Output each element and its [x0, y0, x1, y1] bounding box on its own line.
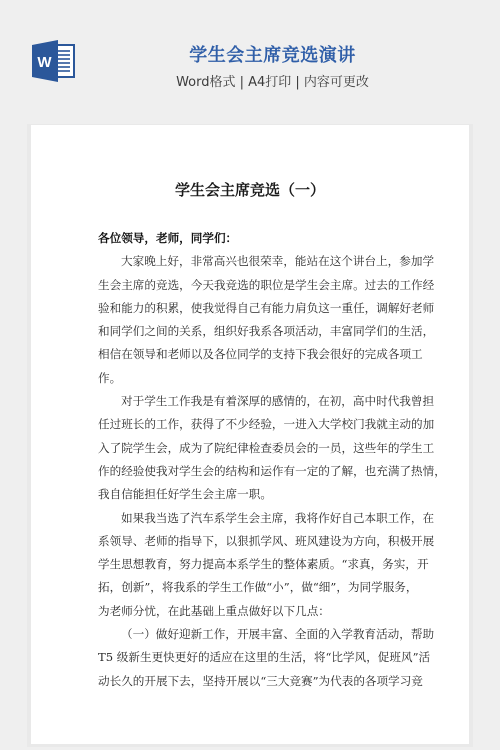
header-banner: W 学生会主席竞选演讲 Word格式 | A4打印 | 内容可更改 [0, 0, 500, 118]
paragraph-line: T5 级新生更快更好的适应在这里的生活，将“比学风，促班风”活 [98, 646, 404, 669]
paragraph-3: 如果我当选了汽车系学生会主席，我将作好自己本职工作，在 系领导、老师的指导下，以… [98, 507, 404, 623]
paragraph-line: 作。 [98, 367, 404, 390]
paragraph-line: 验和能力的积累，使我觉得自己有能力肩负这一重任，调解好老师 [98, 297, 404, 320]
paragraph-line: 入了院学生会，成为了院纪律检查委员会的一员，这些年的学生工 [98, 437, 404, 460]
paragraph-line: 如果我当选了汽车系学生会主席，我将作好自己本职工作，在 [98, 507, 404, 530]
word-document-icon: W [31, 40, 77, 82]
paragraph-line: 作的经验使我对学生会的结构和运作有一定的了解，也充满了热情， [98, 460, 404, 483]
paragraph-line: 系领导、老师的指导下，以狠抓学风、班风建设为方向，积极开展 [98, 530, 404, 553]
paragraph-line: （一）做好迎新工作，开展丰富、全面的入学教育活动，帮助 [98, 623, 404, 646]
paragraph-4: （一）做好迎新工作，开展丰富、全面的入学教育活动，帮助 T5 级新生更快更好的适… [98, 623, 404, 693]
paragraph-line: 和同学们之间的关系，组织好我系各项活动，丰富同学们的生活， [98, 320, 404, 343]
paragraph-line: 拓，创新”，将我系的学生工作做“小”，做“细”，为同学服务， [98, 576, 404, 599]
paragraph-line: 相信在领导和老师以及各位同学的支持下我会很好的完成各项工 [98, 343, 404, 366]
salutation: 各位领导，老师，同学们： [98, 227, 404, 250]
document-page: 学生会主席竞选（一） 各位领导，老师，同学们： 大家晚上好，非常高兴也很荣幸，能… [31, 125, 469, 744]
paragraph-line: 任过班长的工作，获得了不少经验，一进入大学校门我就主动的加 [98, 413, 404, 436]
paragraph-line: 大家晚上好，非常高兴也很荣幸，能站在这个讲台上，参加学 [98, 250, 404, 273]
paragraph-line: 为老师分忧，在此基础上重点做好以下几点： [98, 600, 404, 623]
paragraph-line: 对于学生工作我是有着深厚的感情的，在初，高中时代我曾担 [98, 390, 404, 413]
paragraph-line: 动长久的开展下去，坚持开展以“三大竞赛”为代表的各项学习竞 [98, 670, 404, 693]
paragraph-2: 对于学生工作我是有着深厚的感情的，在初，高中时代我曾担 任过班长的工作，获得了不… [98, 390, 404, 506]
paragraph-line: 生会主席的竞选，今天我竞选的职位是学生会主席。过去的工作经 [98, 274, 404, 297]
document-title: 学生会主席竞选（一） [31, 180, 469, 200]
paragraph-line: 我自信能担任好学生会主席一职。 [98, 483, 404, 506]
header-title: 学生会主席竞选演讲 [150, 44, 395, 68]
document-body: 各位领导，老师，同学们： 大家晚上好，非常高兴也很荣幸，能站在这个讲台上，参加学… [98, 227, 404, 693]
paragraph-1: 大家晚上好，非常高兴也很荣幸，能站在这个讲台上，参加学 生会主席的竞选，今天我竞… [98, 250, 404, 390]
paragraph-line: 学生思想教育，努力提高本系学生的整体素质。“求真，务实，开 [98, 553, 404, 576]
header-subtitle: Word格式 | A4打印 | 内容可更改 [150, 73, 395, 93]
svg-text:W: W [37, 54, 52, 71]
